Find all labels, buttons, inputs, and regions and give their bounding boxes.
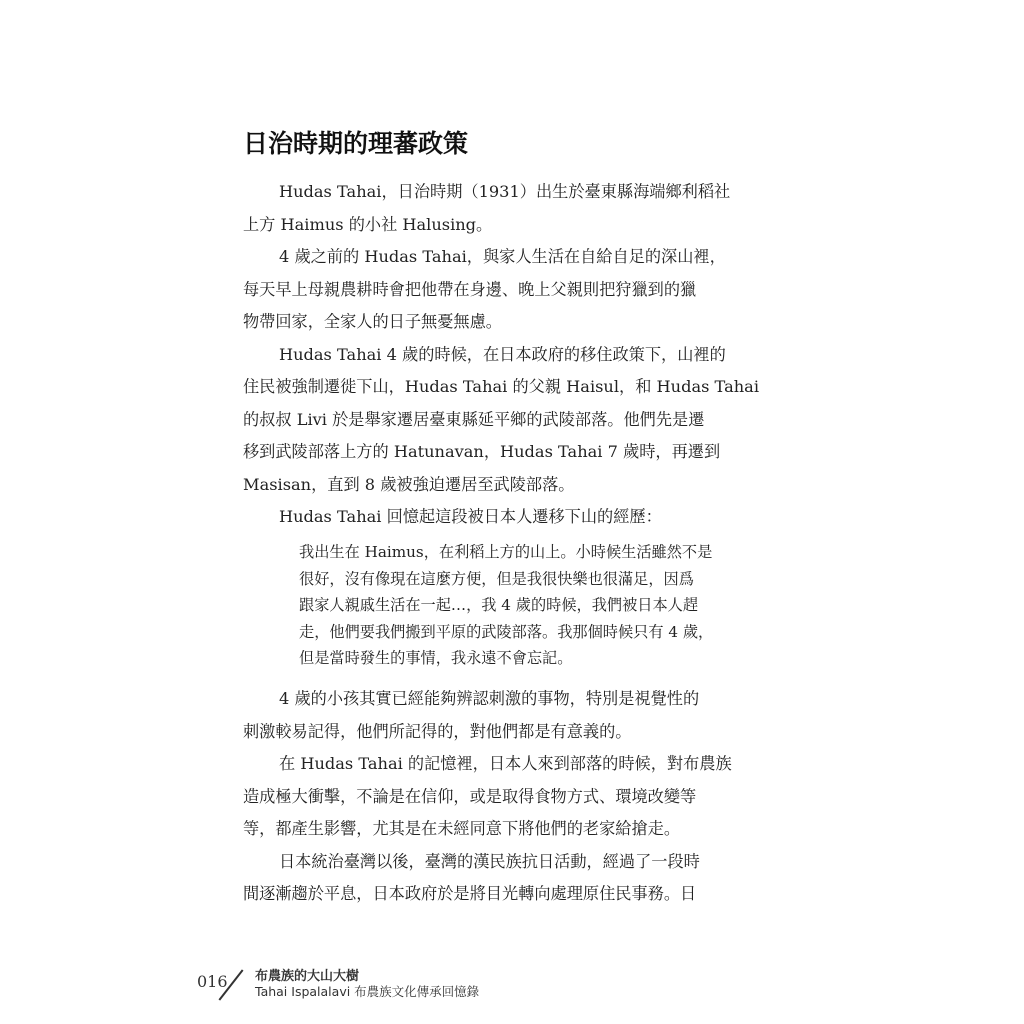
paragraph-line: 物帶回家，全家人的日子無憂無慮。: [243, 306, 776, 339]
block-quote: 我出生在 Haimus，在利稻上方的山上。小時候生活雖然不是 很好，沒有像現在這…: [299, 539, 777, 672]
paragraph-line: 造成極大衝擊，不論是在信仰，或是取得食物方式、環境改變等: [243, 781, 776, 814]
page-number: 016: [197, 972, 228, 991]
quote-line: 走，他們要我們搬到平原的武陵部落。我那個時候只有 4 歲，: [299, 619, 777, 646]
paragraph-line: 在 Hudas Tahai 的記憶裡，日本人來到部落的時候，對布農族: [243, 748, 776, 781]
quote-line: 很好，沒有像現在這麼方便，但是我很快樂也很滿足，因爲: [299, 566, 777, 593]
body-text-part1: Hudas Tahai，日治時期（1931）出生於臺東縣海端鄉利稻社 上方 Ha…: [243, 176, 776, 534]
paragraph-line: 上方 Haimus 的小社 Halusing。: [243, 209, 776, 242]
paragraph-line: 4 歲的小孩其實已經能夠辨認刺激的事物，特別是視覺性的: [243, 683, 776, 716]
paragraph-line: 移到武陵部落上方的 Hatunavan，Hudas Tahai 7 歲時，再遷到: [243, 436, 776, 469]
body-text-part2: 4 歲的小孩其實已經能夠辨認刺激的事物，特別是視覺性的 刺激較易記得，他們所記得…: [243, 683, 776, 911]
paragraph-line: Hudas Tahai，日治時期（1931）出生於臺東縣海端鄉利稻社: [243, 176, 776, 209]
book-subtitle: Tahai Ispalalavi 布農族文化傳承回憶錄: [255, 982, 479, 1000]
paragraph-line: 刺激較易記得，他們所記得的，對他們都是有意義的。: [243, 716, 776, 749]
section-title: 日治時期的理蕃政策: [243, 124, 468, 160]
paragraph-line: Masisan，直到 8 歲被強迫遷居至武陵部落。: [243, 469, 776, 502]
paragraph-line: 住民被強制遷徙下山，Hudas Tahai 的父親 Haisul，和 Hudas…: [243, 371, 776, 404]
paragraph-line: 日本統治臺灣以後，臺灣的漢民族抗日活動，經過了一段時: [243, 846, 776, 879]
paragraph-line: 的叔叔 Livi 於是舉家遷居臺東縣延平鄉的武陵部落。他們先是遷: [243, 404, 776, 437]
paragraph-line: 4 歲之前的 Hudas Tahai，與家人生活在自給自足的深山裡，: [243, 241, 776, 274]
quote-line: 跟家人親戚生活在一起…，我 4 歲的時候，我們被日本人趕: [299, 592, 777, 619]
book-page: 日治時期的理蕃政策 Hudas Tahai，日治時期（1931）出生於臺東縣海端…: [0, 0, 1024, 1024]
paragraph-line: 等，都產生影響，尤其是在未經同意下將他們的老家給搶走。: [243, 813, 776, 846]
paragraph-line: 間逐漸趨於平息，日本政府於是將目光轉向處理原住民事務。日: [243, 878, 776, 911]
paragraph-line: 每天早上母親農耕時會把他帶在身邊、晚上父親則把狩獵到的獵: [243, 274, 776, 307]
quote-line: 但是當時發生的事情，我永遠不會忘記。: [299, 645, 777, 672]
paragraph-line: Hudas Tahai 回憶起這段被日本人遷移下山的經歷：: [243, 501, 776, 534]
quote-line: 我出生在 Haimus，在利稻上方的山上。小時候生活雖然不是: [299, 539, 777, 566]
paragraph-line: Hudas Tahai 4 歲的時候，在日本政府的移住政策下，山裡的: [243, 339, 776, 372]
